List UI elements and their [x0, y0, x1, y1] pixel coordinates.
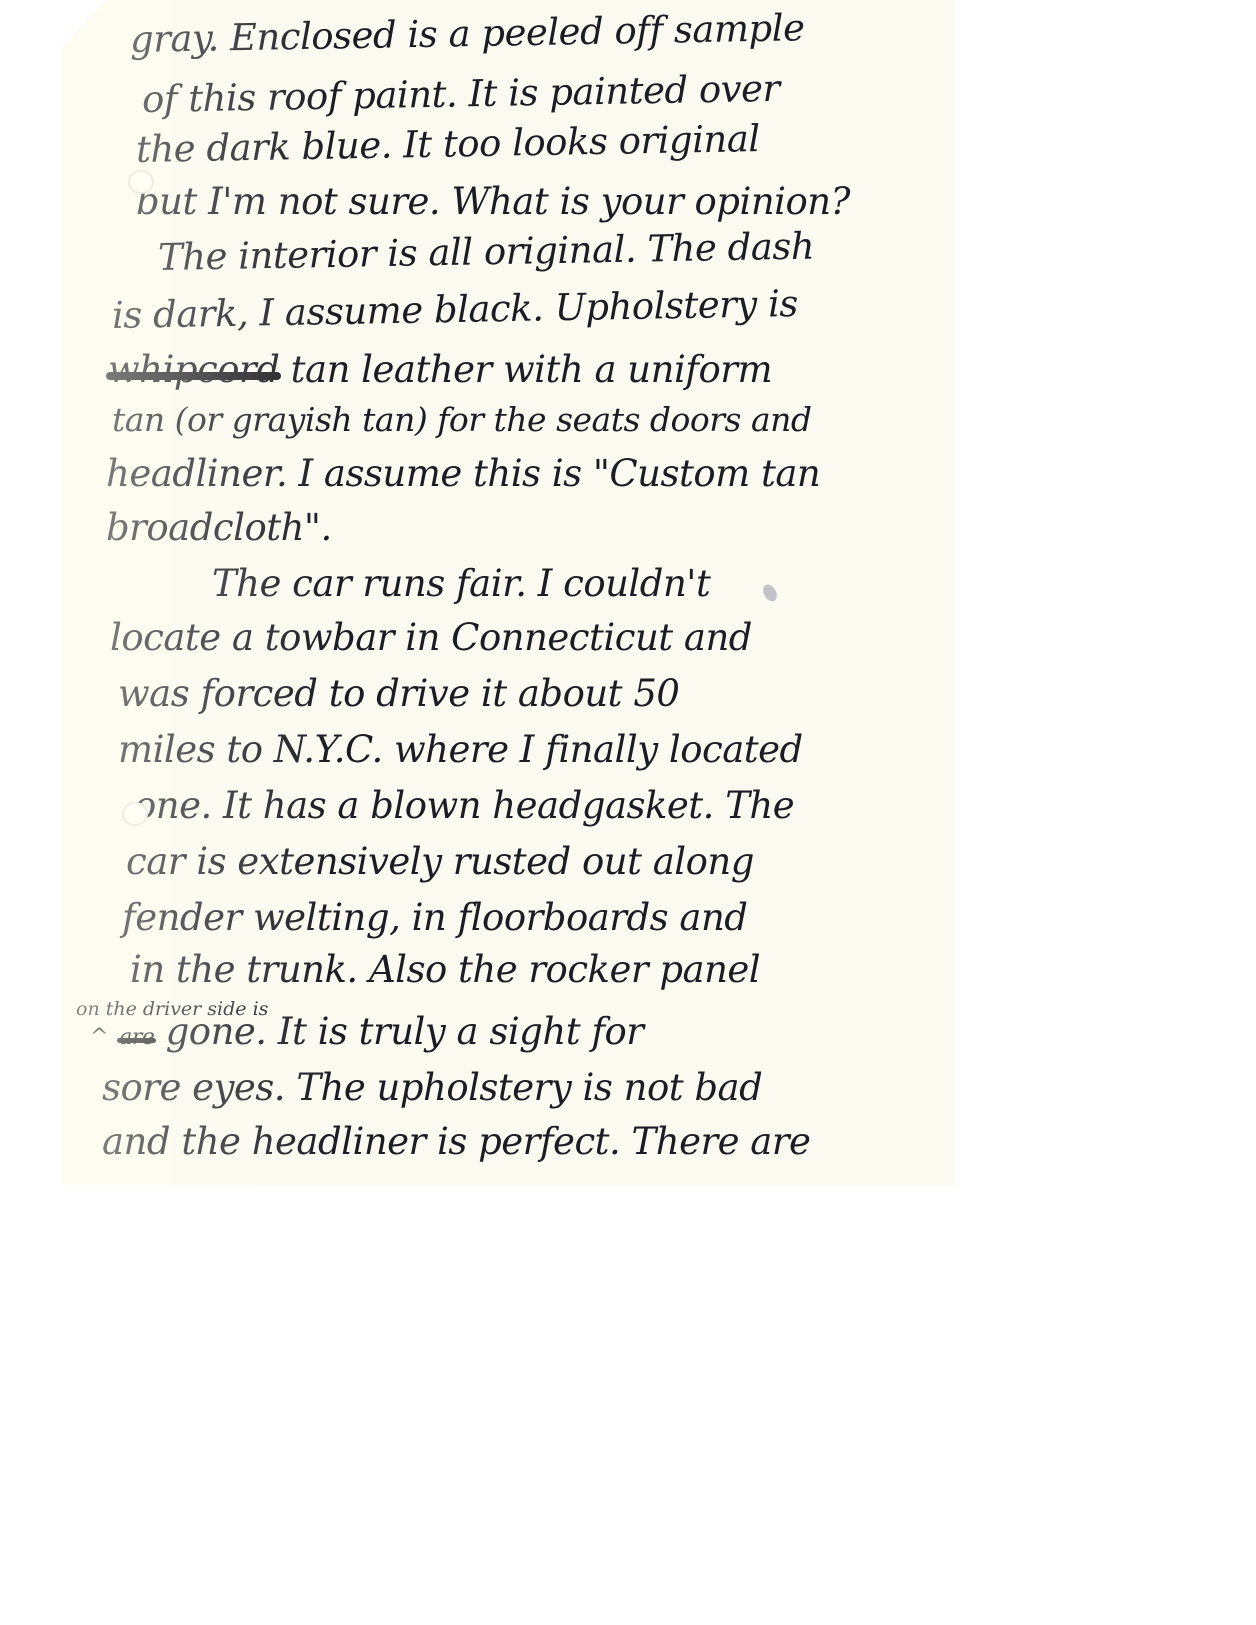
letter-line: of this roof paint. It is painted over: [142, 67, 780, 121]
letter-text: tan leather with a uniform: [291, 348, 772, 391]
letter-line: in the trunk. Also the rocker panel: [130, 948, 760, 991]
letter-line: car is extensively rusted out along: [126, 840, 754, 883]
letter-line: the dark blue. It too looks original: [136, 117, 760, 171]
letter-line-with-insert: ^ are gone. It is truly a sight for: [90, 1010, 644, 1053]
struck-word: are: [119, 1025, 154, 1050]
letter-line: The car runs fair. I couldn't: [212, 562, 710, 605]
insert-caret: ^: [90, 1025, 108, 1050]
handwritten-letter: gray. Enclosed is a peeled off sample of…: [62, 0, 955, 1185]
letter-line: was forced to drive it about 50: [118, 672, 679, 715]
letter-line: locate a towbar in Connecticut and: [110, 616, 752, 659]
letter-line: but I'm not sure. What is your opinion?: [136, 180, 850, 223]
letter-line: is dark, I assume black. Upholstery is: [112, 282, 799, 337]
letter-text: gone. It is truly a sight for: [166, 1010, 644, 1053]
letter-line: and the headliner is perfect. There are: [102, 1120, 810, 1163]
letter-line: The interior is all original. The dash: [158, 225, 815, 279]
letter-line: miles to N.Y.C. where I finally located: [118, 728, 803, 771]
letter-line: fender welting, in floorboards and: [122, 896, 748, 939]
punch-hole: [122, 802, 148, 826]
letter-line: one. It has a blown headgasket. The: [134, 784, 794, 827]
letter-line-with-strike: whipcord tan leather with a uniform: [108, 348, 772, 391]
letter-line: tan (or grayish tan) for the seats doors…: [112, 400, 812, 439]
letter-line: headliner. I assume this is "Custom tan: [106, 452, 820, 495]
punch-hole: [128, 170, 154, 194]
struck-word: whipcord: [108, 348, 279, 391]
letter-line: sore eyes. The upholstery is not bad: [102, 1066, 762, 1109]
letter-line: broadcloth".: [106, 506, 332, 549]
letter-paper: gray. Enclosed is a peeled off sample of…: [62, 0, 955, 1185]
letter-line: gray. Enclosed is a peeled off sample: [130, 6, 805, 61]
